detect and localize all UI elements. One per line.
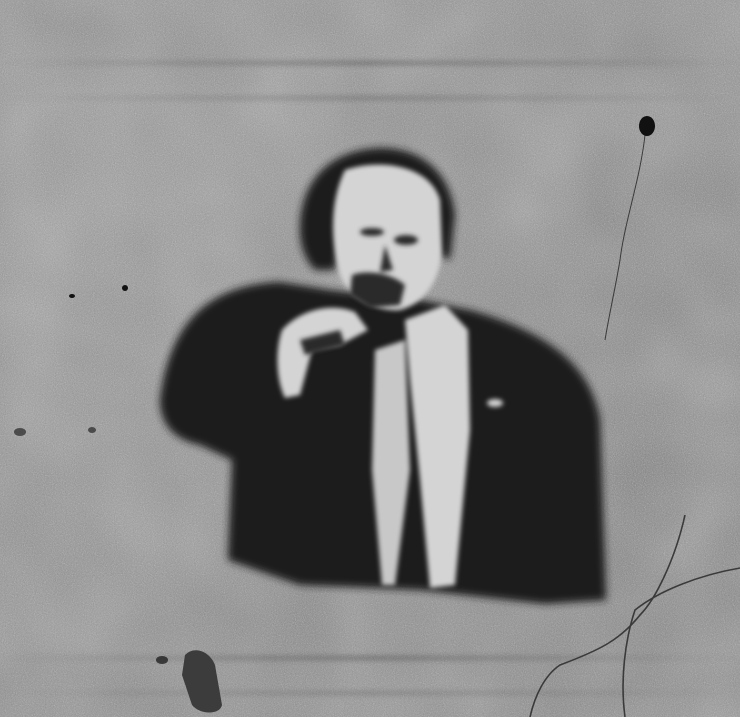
photo-scene: Black-and-white photograph of a stencil … (0, 0, 740, 717)
stone-chip (182, 650, 222, 712)
dark-spot (639, 116, 655, 136)
concrete-cracks (0, 0, 740, 717)
